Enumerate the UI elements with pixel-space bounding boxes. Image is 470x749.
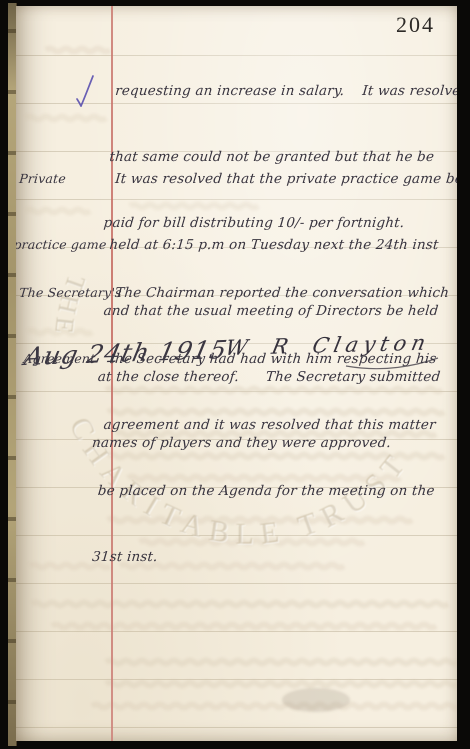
smudge-mark — [282, 688, 350, 712]
bleedthrough-line — [26, 117, 106, 120]
paper-page: THE CHARITABLE TRUST THE CHARITABLE TRUS… — [16, 6, 457, 741]
entry-body: The Chairman reported the conversation w… — [87, 238, 457, 612]
page-number: 204 — [396, 12, 435, 38]
handwritten-line: 31st inst. — [91, 546, 430, 568]
bleedthrough-line — [92, 705, 457, 708]
handwritten-line: requesting an increase in salary. It was… — [114, 80, 457, 102]
bleedthrough-line — [106, 661, 457, 664]
margin-note: The Secretary's Agreement — [16, 238, 116, 414]
bleedthrough-line — [106, 683, 457, 686]
handwritten-line: agreement and it was resolved that this … — [103, 414, 442, 436]
handwritten-line: The Chairman reported the conversation w… — [114, 282, 453, 304]
handwritten-line: It was resolved that the private practic… — [114, 168, 457, 190]
check-tick-icon — [77, 76, 93, 106]
scanned-minute-book-page: THE CHARITABLE TRUST THE CHARITABLE TRUS… — [0, 0, 470, 749]
handwritten-line: be placed on the Agenda for the meeting … — [97, 480, 436, 502]
margin-note-line: Private — [18, 168, 113, 190]
binding-flecks — [8, 3, 16, 746]
bleedthrough-line — [52, 625, 436, 628]
margin-note-line: The Secretary's — [18, 282, 112, 304]
bleedthrough-line — [46, 49, 110, 52]
